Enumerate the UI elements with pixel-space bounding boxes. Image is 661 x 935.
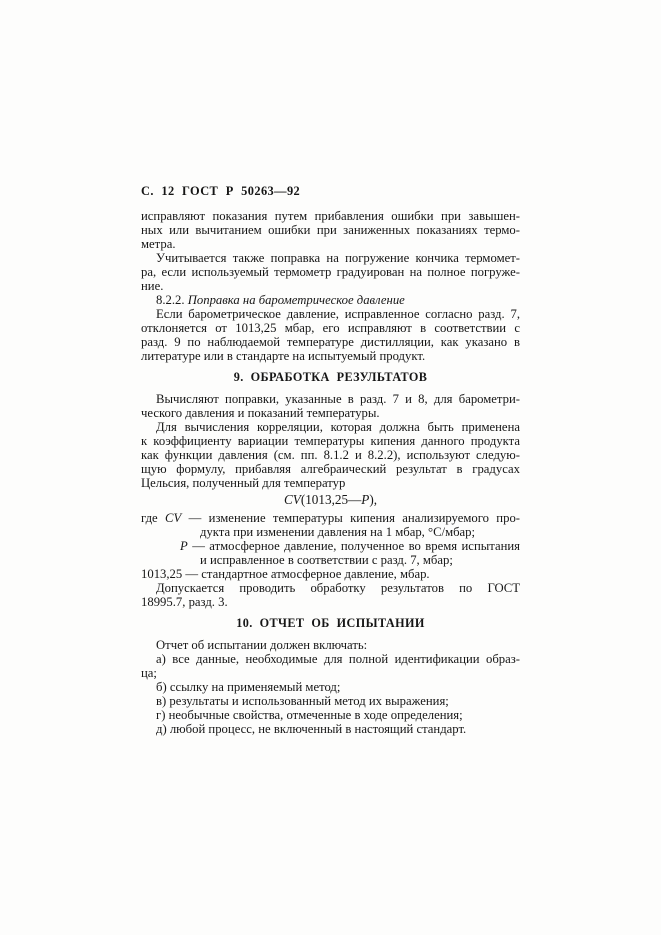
paragraph-correlation: Для вычисления корреляции, которая должн… (141, 420, 520, 490)
formula-cv: CV(1013,25—P), (141, 493, 520, 507)
formula-cv-symbol: CV (284, 492, 301, 507)
where-label: где (141, 511, 158, 525)
dash: — (192, 539, 205, 553)
subsection-title: Поправка на барометрическое давление (188, 293, 405, 307)
section-9-heading: 9. ОБРАБОТКА РЕЗУЛЬТАТОВ (141, 370, 520, 384)
paragraph-barometric: Если барометрическое давление, исправлен… (141, 307, 520, 363)
text-line: ных или вычитанием ошибки при заниженных… (141, 223, 520, 237)
text-line: а) все данные, необходимые для полной ид… (141, 652, 520, 666)
dash: — (189, 511, 202, 525)
page-header: С. 12 ГОСТ Р 50263—92 (141, 184, 520, 199)
list-item-d: д) любой процесс, не включенный в настоя… (141, 722, 520, 736)
definition-cv-line1: где CV — изменение температуры кипения а… (141, 511, 520, 525)
text-line: Учитывается также поправка на погружение… (141, 251, 520, 265)
text-line: литературе или в стандарте на испытуемый… (141, 349, 520, 363)
list-item-v: в) результаты и использованный метод их … (141, 694, 520, 708)
list-item-g: г) необычные свойства, отмеченные в ходе… (141, 708, 520, 722)
document-body: исправляют показания путем прибавления о… (141, 209, 520, 736)
text-line: ра, если используемый термометр градуиро… (141, 265, 520, 279)
text-line: как функции давления (см. пп. 8.1.2 и 8.… (141, 448, 520, 462)
paragraph-immersion: Учитывается также поправка на погружение… (141, 251, 520, 293)
paragraph-calc-corrections: Вычисляют поправки, указанные в разд. 7 … (141, 392, 520, 420)
definition-p-line2: и исправленное в соответствии с разд. 7,… (141, 553, 520, 567)
paragraph-correction: исправляют показания путем прибавления о… (141, 209, 520, 251)
paragraph-gost-ref: Допускается проводить обработку результа… (141, 581, 520, 609)
text-line: Для вычисления корреляции, которая должн… (141, 420, 520, 434)
text-line: Отчет об испытании должен включать: (141, 638, 520, 652)
text-line: ние. (141, 279, 520, 293)
text-line: щую формулу, прибавляя алгебраический ре… (141, 462, 520, 476)
text-line: ца; (141, 666, 520, 680)
definitions-block: где CV — изменение температуры кипения а… (141, 511, 520, 581)
list-item-b: б) ссылку на применяемый метод; (141, 680, 520, 694)
text-line: г) необычные свойства, отмеченные в ходе… (141, 708, 520, 722)
cv-text: изменение температуры кипения анализируе… (209, 511, 520, 525)
p-symbol: P (180, 539, 188, 553)
text-line: 18995.7, разд. 3. (141, 595, 520, 609)
text-block: С. 12 ГОСТ Р 50263—92 исправляют показан… (141, 184, 520, 736)
text-line: Допускается проводить обработку результа… (141, 581, 520, 595)
text-line: отклоняется от 1013,25 мбар, его исправл… (141, 321, 520, 335)
text-line: Если барометрическое давление, исправлен… (141, 307, 520, 321)
formula-mid: (1013,25— (301, 492, 361, 507)
text-line: д) любой процесс, не включенный в настоя… (141, 722, 520, 736)
subsection-number: 8.2.2. (156, 293, 185, 307)
text-line: разд. 9 по наблюдаемой температуре дисти… (141, 335, 520, 349)
text-line: б) ссылку на применяемый метод; (141, 680, 520, 694)
p-text: атмосферное давление, полученное во врем… (209, 539, 520, 553)
text-line: метра. (141, 237, 520, 251)
text-line: исправляют показания путем прибавления о… (141, 209, 520, 223)
text-line: к коэффициенту вариации температуры кипе… (141, 434, 520, 448)
section-10-heading: 10. ОТЧЕТ ОБ ИСПЫТАНИИ (141, 616, 520, 630)
definition-p-line1: P — атмосферное давление, полученное во … (141, 539, 520, 553)
text-line: Цельсия, полученный для температур (141, 476, 520, 490)
text-line: в) результаты и использованный метод их … (141, 694, 520, 708)
paragraph-report-intro: Отчет об испытании должен включать: (141, 638, 520, 652)
cv-symbol: CV (165, 511, 181, 525)
definition-std-pressure: 1013,25 — стандартное атмосферное давлен… (141, 567, 520, 581)
subsection-heading-822: 8.2.2. Поправка на барометрическое давле… (141, 293, 520, 307)
formula-tail: ), (369, 492, 377, 507)
document-page: С. 12 ГОСТ Р 50263—92 исправляют показан… (0, 0, 661, 935)
text-line: ческого давления и показаний температуры… (141, 406, 520, 420)
text-line: Вычисляют поправки, указанные в разд. 7 … (141, 392, 520, 406)
definition-cv-line2: дукта при изменении давления на 1 мбар, … (141, 525, 520, 539)
list-item-a: а) все данные, необходимые для полной ид… (141, 652, 520, 680)
